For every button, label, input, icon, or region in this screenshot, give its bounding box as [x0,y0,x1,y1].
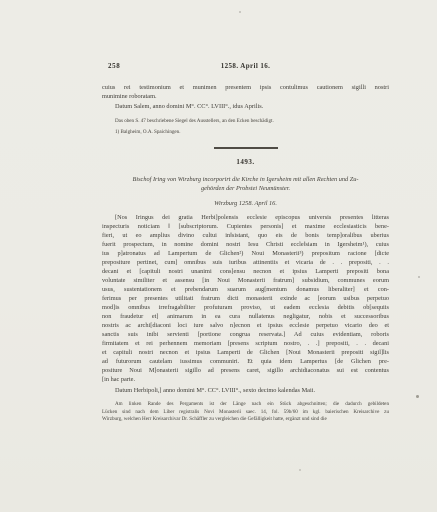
text-line: Wirzburg, welchen Herr Kreisarchivar Dr.… [102,416,389,424]
entry-divider [214,147,278,149]
entry-number: 1493. [102,158,389,166]
text-line: [in hac parte. [102,375,389,384]
previous-entry-body: cuius rei testimonium et munimen present… [102,83,389,101]
text-line: et capituli nostri necnon et ipsius Lamp… [102,348,389,357]
text-column: 258 1258. April 16. cuius rei testimoniu… [102,62,389,424]
paper-speck [418,276,420,278]
text-line: Am linken Rande des Pergaments ist der L… [102,401,389,409]
text-line: inspecturis noticiam ‖ [subscriptorum. C… [102,222,389,231]
text-line: mod]is omnibus irrefragabiliter profutur… [102,303,389,312]
text-line: positure Noui M]onasterii sigillo ad pre… [102,366,389,375]
text-line: decani et [capituli nostri unanimi cons]… [102,267,389,276]
text-line: prepositure pertinet, cum] omnibus suis … [102,258,389,267]
text-line: nostris ac archi[diaconi loci iure salvo… [102,321,389,330]
archival-note: Am linken Rande des Pergaments ist der L… [102,401,389,424]
previous-entry-datum: Datum Salem, anno domini M°. CC°. LVIII°… [115,102,389,111]
place-footnote: 1) Balgheim, O.A. Spaichingen. [115,129,389,137]
paper-speck [416,395,419,398]
text-line: non fraudetur et] animarum in ea cura nu… [102,312,389,321]
seal-note: Das oben S. 47 beschriebene Siegel des A… [115,118,389,126]
text-line: Lücken sind nach dem Liber registralis N… [102,409,389,417]
entry-datum: Datum Herbipoli,] anno domini M°. CC°. L… [115,386,389,395]
text-line: Bischof Iring von Wirzburg incorporirt d… [102,175,389,184]
text-line: voluntate similiter et assensu [in Noui … [102,276,389,285]
text-line: ad futurorum cautelam iussimus communiri… [102,357,389,366]
text-line: ferimus per presentes utilitati fratrum … [102,294,389,303]
text-line: ius p]atronatus ad Lampertum de Glichen²… [102,249,389,258]
text-line: gehörden der Probstei Neumünster. [102,184,389,193]
text-line: fieri, ut eo amplius divino cultui in‖si… [102,231,389,240]
running-head: 1258. April 16. [102,62,389,70]
page-number: 258 [108,62,120,70]
entry-body: [Nos Iringus dei gratia Herbi]polensis e… [102,213,389,384]
entry-dateline: Wirzburg 1258. April 16. [102,200,389,207]
text-line: sanctis suis inibi servienti [portione c… [102,330,389,339]
text-line: firmitatem et rei perhennem memoriam [pr… [102,339,389,348]
entry-summary: Bischof Iring von Wirzburg incorporirt d… [102,175,389,193]
paper-speck [239,11,241,13]
paper-speck [299,469,301,471]
text-line: munimine roboratam. [102,92,389,101]
text-line: cuius rei testimonium et munimen present… [102,83,389,92]
text-line: fuerit prospectum, in nomine domini nost… [102,240,389,249]
text-line: usus, sustentationem et prebendarum suar… [102,285,389,294]
text-line: [Nos Iringus dei gratia Herbi]polensis e… [102,213,389,222]
page-header: 258 1258. April 16. [102,62,389,71]
